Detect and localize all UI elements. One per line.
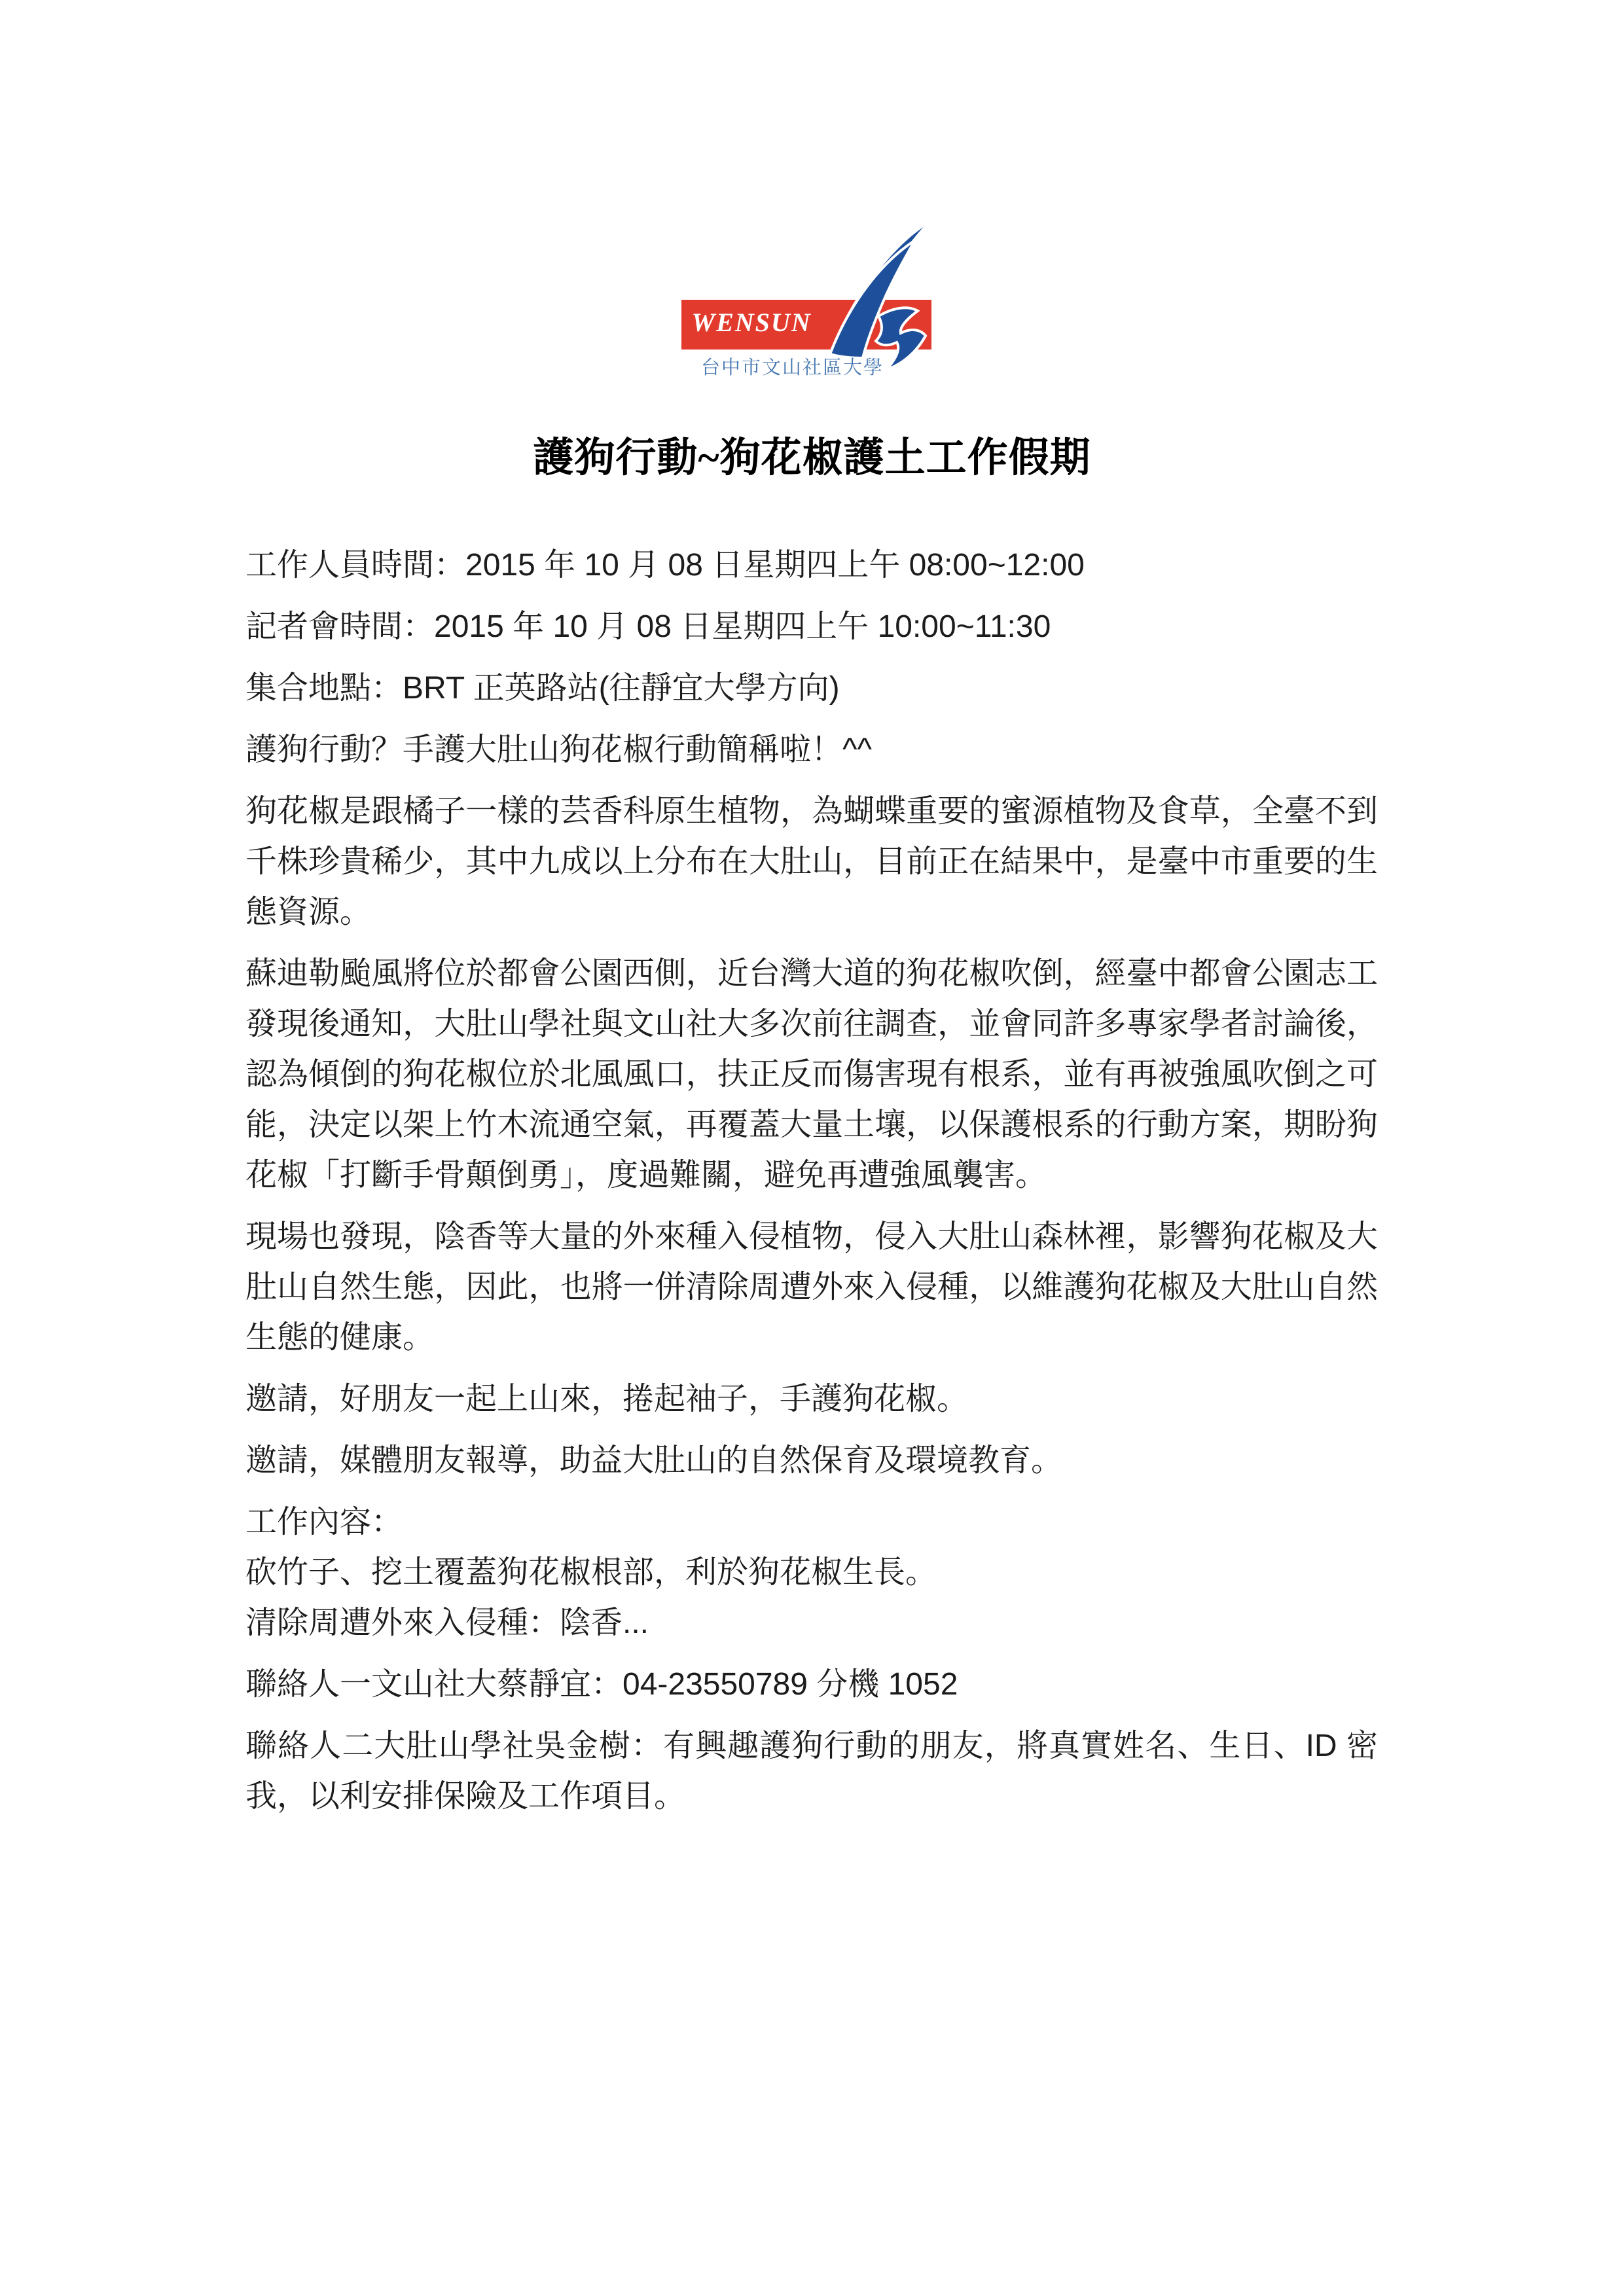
line-action-name: 護狗行動？手護大肚山狗花椒行動簡稱啦！^^ [245,725,1378,775]
swoosh-icon [816,218,937,375]
wensun-logo: WENSUN 台中市文山社區大學 [681,218,943,375]
line-work-content-header: 工作內容： [245,1497,1378,1547]
logo-subtitle-text: 台中市文山社區大學 [681,353,904,380]
paragraph-plant-intro: 狗花椒是跟橘子一樣的芸香科原生植物，為蝴蝶重要的蜜源植物及食草，全臺不到千株珍貴… [245,786,1378,937]
line-meeting-point: 集合地點：BRT 正英路站(往靜宜大學方向) [245,663,1378,713]
line-contact-1: 聯絡人一文山社大蔡靜宜：04-23550789 分機 1052 [245,1659,1378,1710]
paragraph-typhoon-plan: 蘇迪勒颱風將位於都會公園西側，近台灣大道的狗花椒吹倒，經臺中都會公園志工發現後通… [245,948,1378,1200]
line-press-time: 記者會時間：2015 年 10 月 08 日星期四上午 10:00~11:30 [245,601,1378,652]
line-work-item-1: 砍竹子、挖土覆蓋狗花椒根部，利於狗花椒生長。 [245,1547,1378,1598]
line-work-item-2: 清除周遭外來入侵種：陰香... [245,1598,1378,1648]
line-staff-time: 工作人員時間：2015 年 10 月 08 日星期四上午 08:00~12:00 [245,540,1378,590]
line-invite-friends: 邀請，好朋友一起上山來，捲起袖子，手護狗花椒。 [245,1374,1378,1424]
logo-brand-text: WENSUN [692,307,812,338]
paragraph-contact-2: 聯絡人二大肚山學社吳金樹：有興趣護狗行動的朋友，將真實姓名、生日、ID 密我，以… [245,1721,1378,1821]
paragraph-invasive-species: 現場也發現，陰香等大量的外來種入侵植物，侵入大肚山森林裡，影響狗花椒及大肚山自然… [245,1211,1378,1363]
document-body: 工作人員時間：2015 年 10 月 08 日星期四上午 08:00~12:00… [245,540,1378,1821]
line-invite-media: 邀請，媒體朋友報導，助益大肚山的自然保育及環境教育。 [245,1435,1378,1486]
document-page: WENSUN 台中市文山社區大學 護狗行動~狗花椒護土工作假期 工作人員時間：2… [0,0,1624,2296]
page-title: 護狗行動~狗花椒護土工作假期 [0,425,1624,483]
